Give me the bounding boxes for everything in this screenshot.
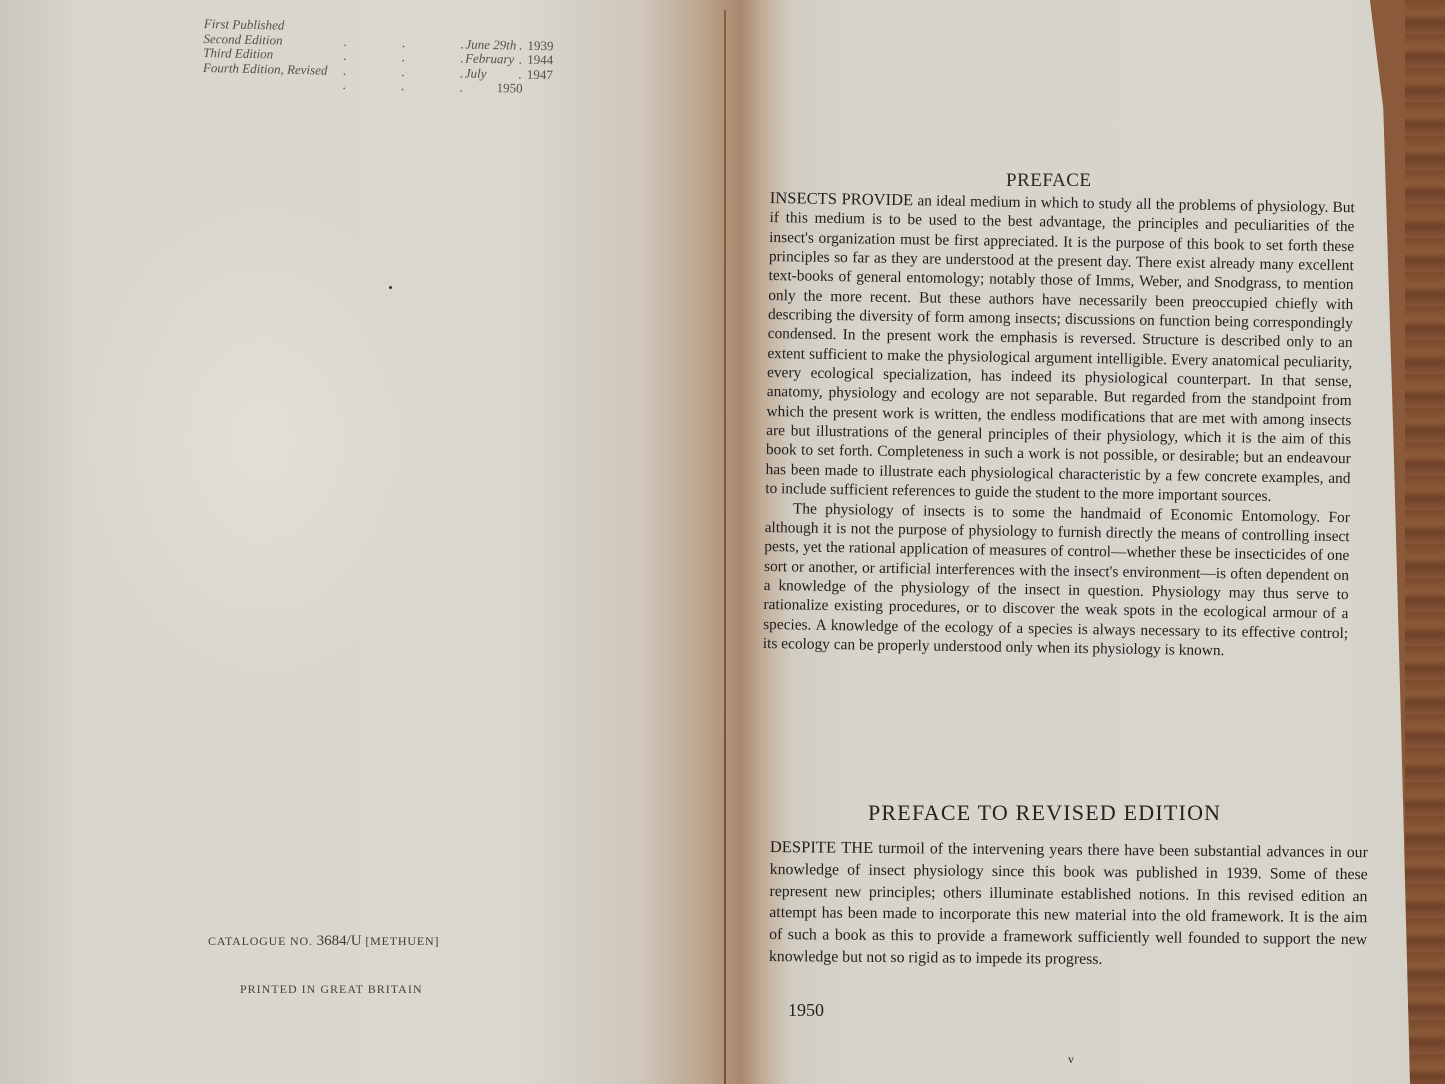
revised-preface-paragraph: DESPITE THE turmoil of the intervening y… xyxy=(769,836,1368,973)
preface-heading: PREFACE xyxy=(1006,170,1092,192)
preface-body: INSECTS PROVIDE an ideal medium in which… xyxy=(763,188,1355,662)
preface-paragraph: The physiology of insects is to some the… xyxy=(763,498,1350,662)
paper-speck xyxy=(389,286,392,289)
edition-history: First Published Second Edition . . . . J… xyxy=(202,16,573,96)
wooden-table-background xyxy=(1405,0,1445,1084)
catalogue-line: Catalogue No. 3684/U [Methuen] xyxy=(208,933,439,950)
preface-paragraph: INSECTS PROVIDE an ideal medium in which… xyxy=(765,188,1355,508)
book-gutter xyxy=(724,10,726,1084)
page-number: v xyxy=(1068,1052,1074,1067)
preface-date: 1950 xyxy=(788,1000,824,1021)
revised-preface-heading: PREFACE TO REVISED EDITION xyxy=(868,800,1221,826)
open-book-photo: First Published Second Edition . . . . J… xyxy=(0,0,1445,1084)
left-page: First Published Second Edition . . . . J… xyxy=(0,0,742,1084)
revised-preface-body: DESPITE THE turmoil of the intervening y… xyxy=(769,836,1368,973)
printed-in-line: Printed in Great Britain xyxy=(240,982,422,997)
